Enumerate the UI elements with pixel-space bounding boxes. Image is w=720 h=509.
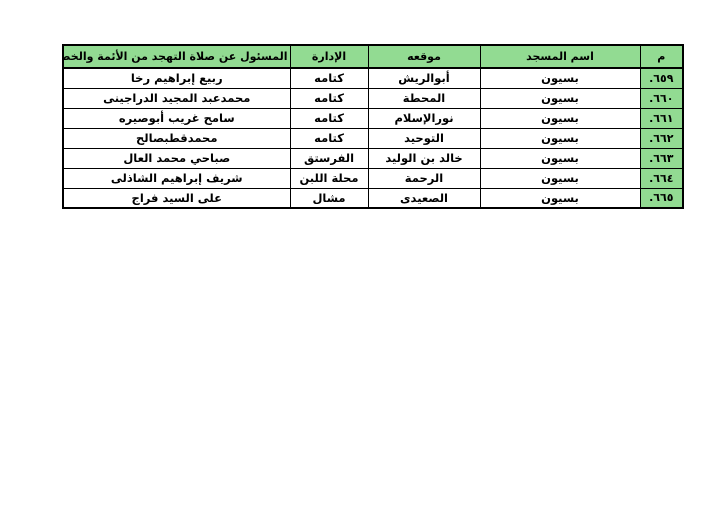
table-row: ٦٦٥. بسيون الصعيدى مشال على السيد فراج <box>63 188 683 208</box>
cell-location: الرحمة <box>368 168 480 188</box>
table-row: ٦٦٠. بسيون المحطة كتامه محمدعبد المجيد ا… <box>63 88 683 108</box>
cell-responsible: سامح غريب أبوصيره <box>63 108 290 128</box>
cell-serial: ٦٦٢. <box>640 128 683 148</box>
header-row: م اسم المسجد موقعه الإدارة المسئول عن صل… <box>63 45 683 68</box>
header-location: موقعه <box>368 45 480 68</box>
cell-location: أبوالريش <box>368 68 480 88</box>
cell-responsible: صباحي محمد العال <box>63 148 290 168</box>
cell-administration: محلة اللبن <box>290 168 368 188</box>
cell-administration: كتامه <box>290 108 368 128</box>
header-responsible: المسئول عن صلاة التهجد من الأئمة والخطبا… <box>63 45 290 68</box>
cell-administration: الفرستق <box>290 148 368 168</box>
cell-serial: ٦٦٥. <box>640 188 683 208</box>
cell-location: خالد بن الوليد <box>368 148 480 168</box>
cell-administration: كتامه <box>290 128 368 148</box>
cell-mosque-name: بسيون <box>480 148 640 168</box>
table-row: ٦٦٣. بسيون خالد بن الوليد الفرستق صباحي … <box>63 148 683 168</box>
cell-mosque-name: بسيون <box>480 68 640 88</box>
cell-administration: مشال <box>290 188 368 208</box>
cell-mosque-name: بسيون <box>480 168 640 188</box>
table-row: ٦٦٤. بسيون الرحمة محلة اللبن شريف إبراهي… <box>63 168 683 188</box>
cell-location: نورالإسلام <box>368 108 480 128</box>
cell-serial: ٦٦٠. <box>640 88 683 108</box>
cell-serial: ٦٦١. <box>640 108 683 128</box>
cell-mosque-name: بسيون <box>480 108 640 128</box>
table-row: ٦٥٩. بسيون أبوالريش كتامه ربيع إبراهيم ر… <box>63 68 683 88</box>
cell-serial: ٦٦٣. <box>640 148 683 168</box>
mosque-table: م اسم المسجد موقعه الإدارة المسئول عن صل… <box>62 44 684 209</box>
header-administration: الإدارة <box>290 45 368 68</box>
table-row: ٦٦٢. بسيون التوحيد كتامه محمدقطبصالح <box>63 128 683 148</box>
cell-responsible: محمدعبد المجيد الدراجينى <box>63 88 290 108</box>
cell-serial: ٦٥٩. <box>640 68 683 88</box>
cell-administration: كتامه <box>290 68 368 88</box>
cell-location: التوحيد <box>368 128 480 148</box>
cell-administration: كتامه <box>290 88 368 108</box>
cell-mosque-name: بسيون <box>480 128 640 148</box>
cell-responsible: شريف إبراهيم الشاذلى <box>63 168 290 188</box>
cell-mosque-name: بسيون <box>480 88 640 108</box>
mosque-table-container: م اسم المسجد موقعه الإدارة المسئول عن صل… <box>62 44 684 209</box>
header-mosque-name: اسم المسجد <box>480 45 640 68</box>
cell-responsible: محمدقطبصالح <box>63 128 290 148</box>
cell-serial: ٦٦٤. <box>640 168 683 188</box>
cell-responsible: ربيع إبراهيم رخا <box>63 68 290 88</box>
table-row: ٦٦١. بسيون نورالإسلام كتامه سامح غريب أب… <box>63 108 683 128</box>
cell-responsible: على السيد فراج <box>63 188 290 208</box>
cell-location: الصعيدى <box>368 188 480 208</box>
header-serial: م <box>640 45 683 68</box>
cell-location: المحطة <box>368 88 480 108</box>
cell-mosque-name: بسيون <box>480 188 640 208</box>
